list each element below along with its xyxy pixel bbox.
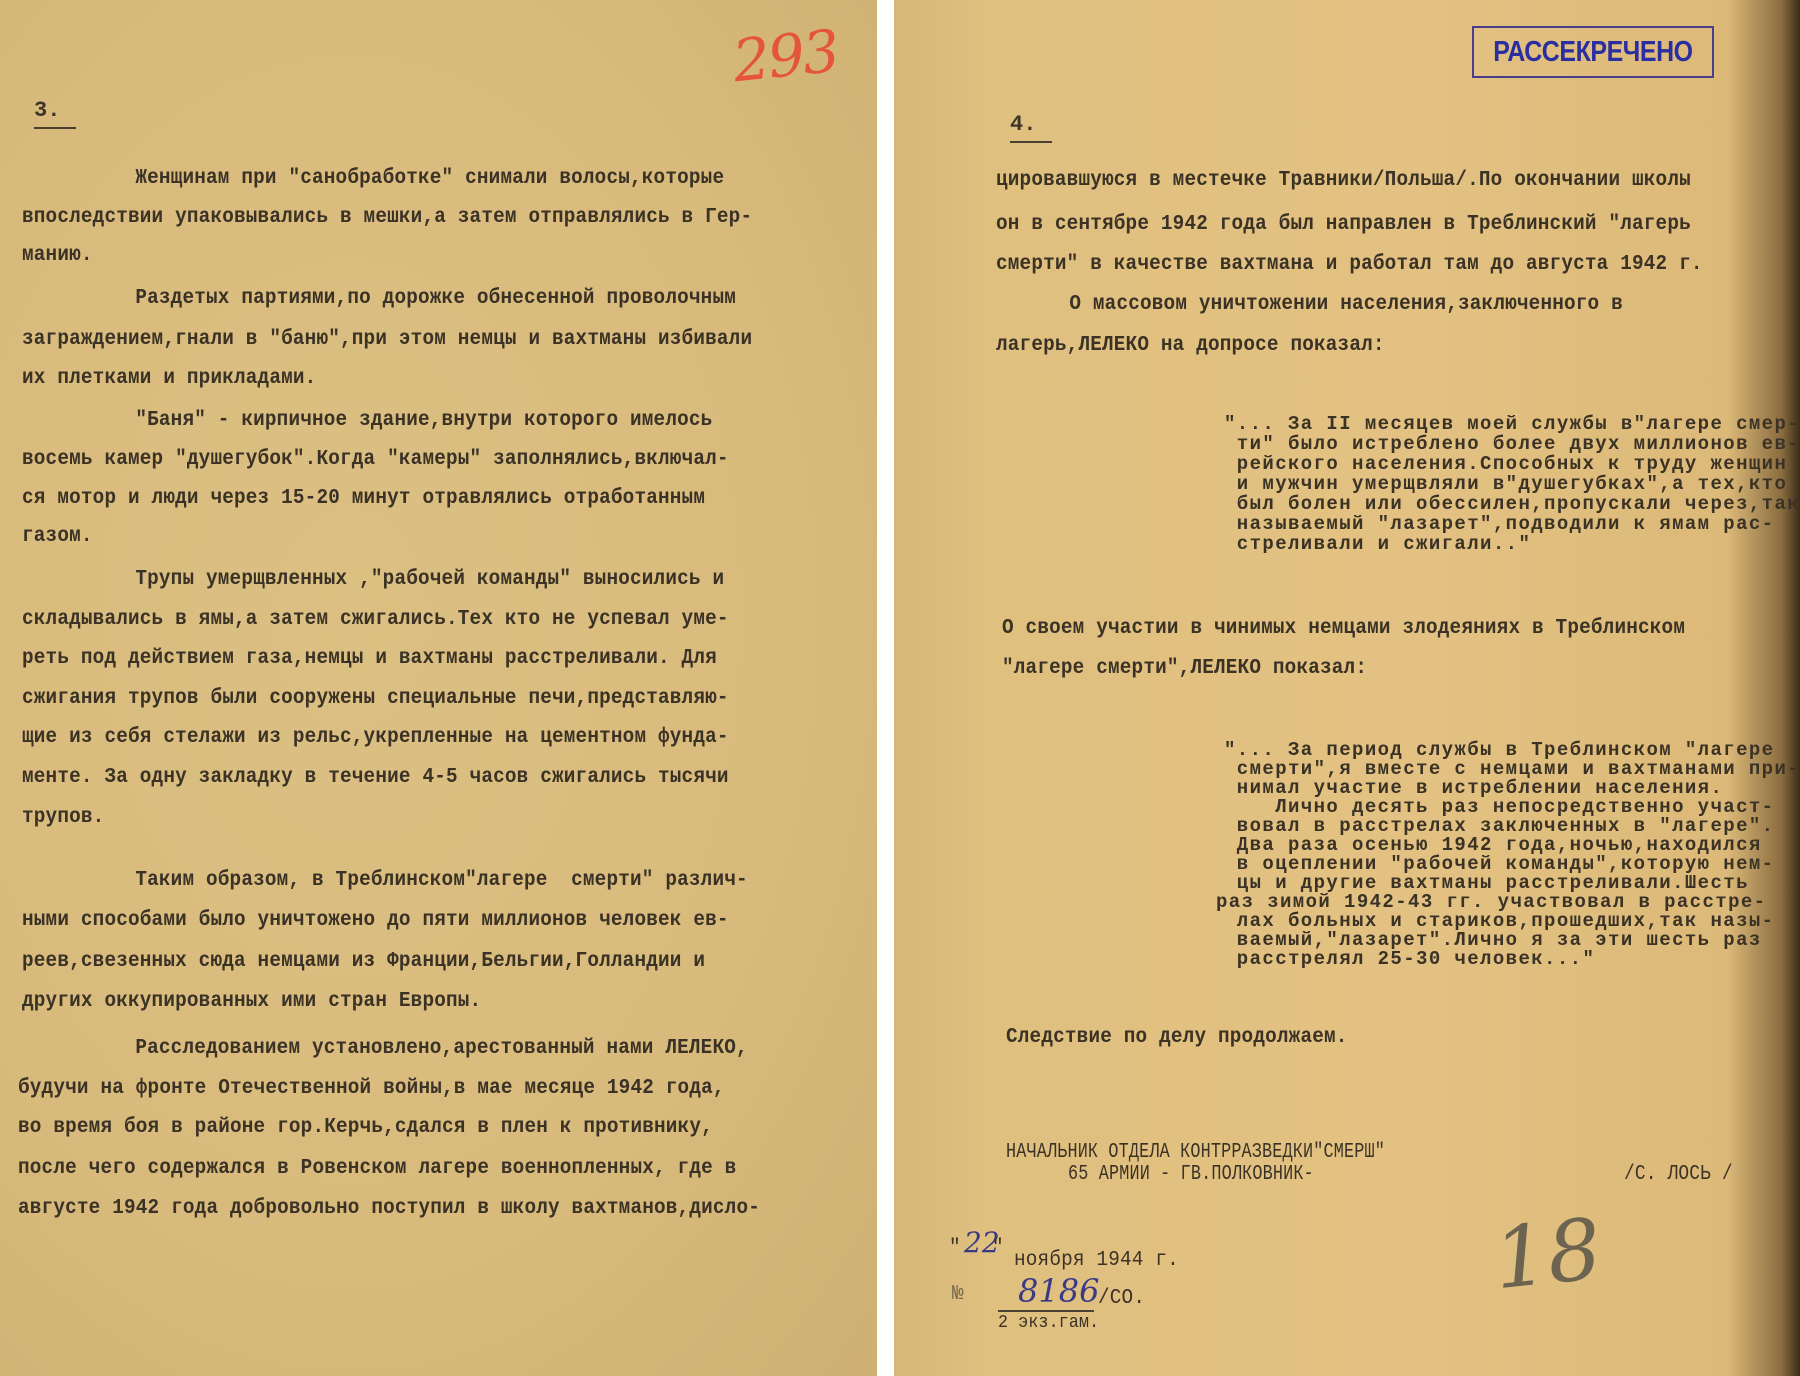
quote-line: был болен или обессилен,пропускали через… — [1224, 494, 1800, 514]
text-line: во время боя в районе гор.Керчь,сдался в… — [18, 1115, 713, 1141]
text-line: ными способами было уничтожено до пяти м… — [22, 908, 729, 934]
text-line: О своем участии в чинимых немцами злодея… — [1002, 616, 1685, 642]
text-line: Женщинам при "санобработке" снимали воло… — [100, 166, 724, 192]
text-line: менте. За одну закладку в течение 4-5 ча… — [22, 765, 729, 791]
text-line: реев,свезенных сюда немцами из Франции,Б… — [22, 949, 705, 975]
text-line: августе 1942 года добровольно поступил в… — [18, 1196, 760, 1222]
quote-line: стреливали и сжигали.." — [1224, 534, 1531, 554]
signatory-name: /С. ЛОСЬ / — [1624, 1162, 1733, 1188]
text-line: Раздетых партиями,по дорожке обнесенной … — [100, 286, 736, 312]
number-sign: № — [952, 1282, 964, 1308]
closing-statement: Следствие по делу продолжаем. — [1006, 1025, 1348, 1051]
text-line: Таким образом, в Треблинском"лагере смер… — [100, 868, 748, 894]
document-page-3: 293 3. Женщинам при "санобработке" снима… — [0, 0, 877, 1376]
quote-line: "... За период службы в Треблинском "лаг… — [1224, 740, 1774, 760]
quote-line: рейского населения.Способных к труду жен… — [1224, 454, 1787, 474]
quote-line: раз зимой 1942-43 гг. участвовал в расст… — [1216, 892, 1766, 912]
page-number: 3. — [34, 98, 76, 129]
signatory-title-line-2: 65 АРМИИ - ГВ.ПОЛКОВНИК- — [1068, 1162, 1314, 1188]
date-close-quote: " — [992, 1236, 1004, 1262]
text-line: их плетками и прикладами. — [22, 366, 316, 392]
text-line: смерти" в качестве вахтмана и работал та… — [996, 252, 1703, 278]
text-line: заграждением,гнали в "баню",при этом нем… — [22, 327, 752, 353]
text-line: манию. — [22, 243, 93, 269]
text-line: трупов. — [22, 805, 104, 831]
quote-line: Лично десять раз непосредственно участ- — [1224, 797, 1774, 817]
page-number: 4. — [1010, 112, 1052, 143]
text-line: сжигания трупов были сооружены специальн… — [22, 686, 729, 712]
archive-page-number: 293 — [730, 17, 841, 96]
text-line: цировавшуюся в местечке Травники/Польша/… — [996, 168, 1691, 194]
text-line: складывались в ямы,а затем сжигались.Тех… — [22, 607, 729, 633]
quote-line: вовал в расстрелах заключенных в "лагере… — [1224, 816, 1774, 836]
registration-suffix: /СО. — [1098, 1286, 1145, 1312]
pencil-folio-mark: 18 — [1489, 1200, 1606, 1309]
copies-note: 2 экз.гам. — [998, 1310, 1099, 1336]
registration-number-handwritten: 8186 — [1018, 1272, 1099, 1310]
text-line: газом. — [22, 524, 93, 550]
document-page-4: РАССЕКРЕЧЕНО 4. цировавшуюся в местечке … — [894, 0, 1800, 1376]
text-line: впоследствии упаковывались в мешки,а зат… — [22, 205, 752, 231]
quote-line: нимал участие в истреблении населения. — [1224, 778, 1723, 798]
text-line: восемь камер "душегубок".Когда "камеры" … — [22, 447, 729, 473]
quote-line: Два раза осенью 1942 года,ночью,находилс… — [1224, 835, 1762, 855]
stamp-label: РАССЕКРЕЧЕНО — [1493, 36, 1692, 69]
quote-line: смерти",я вместе с немцами и вахтманами … — [1224, 759, 1800, 779]
text-line: будучи на фронте Отечественной войны,в м… — [18, 1076, 725, 1102]
quote-line: цы и другие вахтманы расстреливали.Шесть — [1224, 873, 1749, 893]
declassified-stamp: РАССЕКРЕЧЕНО — [1472, 26, 1714, 78]
quote-line: называемый "лазарет",подводили к ямам ра… — [1224, 514, 1774, 534]
quote-line: лах больных и стариков,прошедших,так наз… — [1224, 911, 1774, 931]
text-line: лагерь,ЛЕЛЕКО на допросе показал: — [996, 333, 1385, 359]
quote-line: "... За II месяцев моей службы в"лагере … — [1224, 414, 1800, 434]
text-line: реть под действием газа,немцы и вахтманы… — [22, 646, 717, 672]
date-open-quote: " — [949, 1236, 961, 1262]
quote-line: расстрелял 25-30 человек..." — [1224, 949, 1595, 969]
text-line: ся мотор и люди через 15-20 минут отравл… — [22, 486, 705, 512]
quote-line: ваемый,"лазарет".Лично я за эти шесть ра… — [1224, 930, 1762, 950]
date-month-year: ноября 1944 г. — [1014, 1248, 1179, 1274]
text-line: других оккупированных ими стран Европы. — [22, 989, 481, 1015]
text-line: "лагере смерти",ЛЕЛЕКО показал: — [1002, 656, 1367, 682]
text-line: Расследованием установлено,арестованный … — [100, 1036, 748, 1062]
text-line: он в сентябре 1942 года был направлен в … — [996, 212, 1691, 238]
text-line: после чего содержался в Ровенском лагере… — [18, 1156, 736, 1182]
quote-line: ти" было истреблено более двух миллионов… — [1224, 434, 1800, 454]
quote-line: и мужчин умерщвляли в"душегубках",а тех,… — [1224, 474, 1787, 494]
text-line: О массовом уничтожении населения,заключе… — [1034, 292, 1623, 318]
text-line: Трупы умерщвленных ,"рабочей команды" вы… — [100, 567, 724, 593]
text-line: щие из себя стелажи из рельс,укрепленные… — [22, 725, 729, 751]
text-line: "Баня" - кирпичное здание,внутри которог… — [100, 408, 712, 434]
quote-line: в оцеплении "рабочей команды",которую не… — [1224, 854, 1774, 874]
